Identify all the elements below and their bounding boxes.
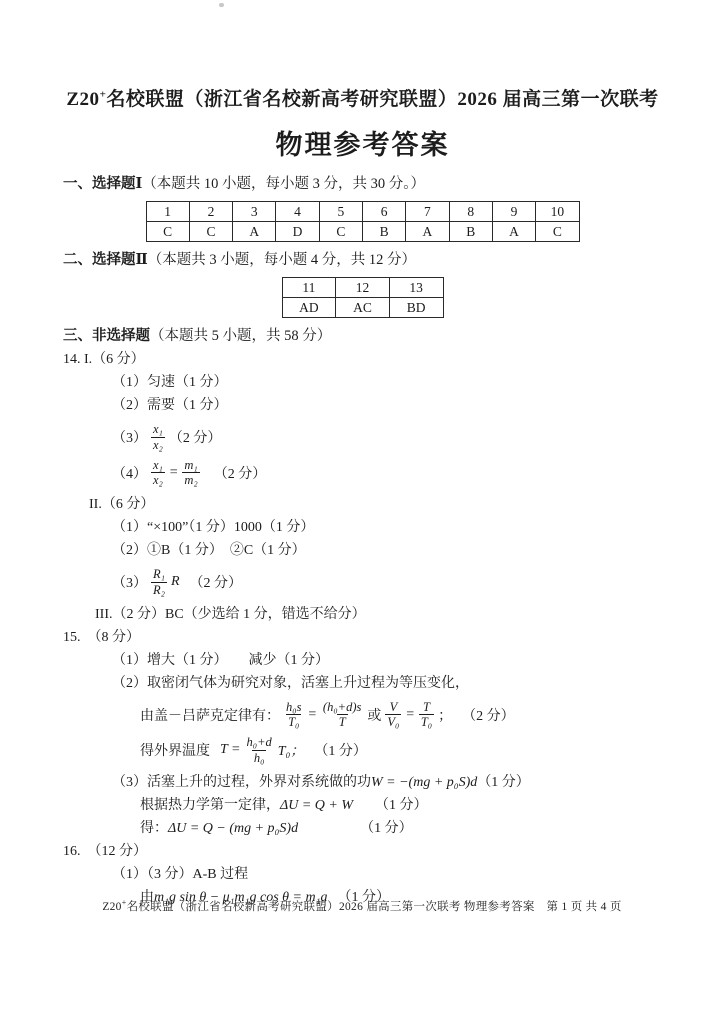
choice1-answer-table: 12345678910 CCADCBABAC [146,201,580,242]
q15-item2: （2）取密闭气体为研究对象，活塞上升过程为等压变化， [63,672,662,695]
fraction-numerator: h₀+d [244,735,273,750]
question-number-cell: 3 [233,202,276,222]
question-number-cell: 2 [189,202,232,222]
resistance-variable: R [171,574,180,590]
answer-cell: C [146,222,189,242]
answer-cell: B [449,222,492,242]
doc-subtitle: 物理参考答案 [63,123,662,162]
fraction-denominator: x₂ [151,437,165,453]
temp-math-pre: T = [220,742,240,758]
q15-heading: 15. （8 分） [63,626,662,649]
q15-item3-text: （3）活塞上升的过程，外界对系统做的功 [112,775,371,790]
section1-heading-bold: 一、选择题Ⅰ [63,176,142,192]
fraction: h₀sT₀ [284,700,303,731]
scan-artifact [219,3,224,7]
q15-temp-score: （1 分） [314,740,367,760]
q14-part2-item3-label: （3） [112,572,147,592]
q14-item1: （1）匀速（1 分） [63,371,662,394]
q15-temp-text: 得外界温度 [140,740,210,760]
footer-post: 名校联盟（浙江省名校新高考研究联盟）2026 届高三第一次联考 物理参考答案 第… [127,901,622,913]
fraction: x₁x₂ [151,458,165,489]
or-text: 或 [367,705,381,725]
question-number-cell: 12 [336,278,390,298]
fraction-denominator: T₀ [419,714,434,730]
fraction-numerator: x₁ [151,458,165,473]
q16-heading: 16. （12 分） [63,840,662,863]
fraction-numerator: h₀s [284,700,303,715]
question-number-cell: 8 [449,202,492,222]
doc-title: Z20+名校联盟（浙江省名校新高考研究联盟）2026 届高三第一次联考 [63,84,662,111]
question-number-cell: 13 [389,278,443,298]
q14-part2-item1: （1）“×100”（1 分）1000（1 分） [63,516,662,539]
answer-cell: C [319,222,362,242]
q14-part2-heading: II.（6 分） [63,493,662,516]
q14-part3: III.（2 分）BC（少选给 1 分，错选不给分） [63,603,662,626]
delta-u-formula: ΔU = Q − (mg + p₀S)d [168,821,298,836]
q15-item3-score: （1 分） [477,775,530,790]
answer-cell: AD [282,298,336,318]
fraction-numerator: V [388,700,400,715]
question-number-cell: 11 [282,278,336,298]
fraction: (h₀+d)sT [321,700,363,731]
q14-part2-item2: （2）①B（1 分） ②C（1 分） [63,539,662,562]
page-footer: Z20+名校联盟（浙江省名校新高考研究联盟）2026 届高三第一次联考 物理参考… [0,898,724,914]
fraction-numerator: x₁ [151,422,165,437]
question-number-cell: 9 [492,202,535,222]
q14-item4-label: （4） [112,463,147,483]
question-number-cell: 6 [362,202,405,222]
fraction-denominator: x₂ [151,472,165,488]
q15-law-score: （2 分） [462,705,515,725]
equals-sign: = [405,707,414,723]
section2-heading-rest: （本题共 3 小题，每小题 4 分，共 12 分） [148,252,416,268]
section1-heading-rest: （本题共 10 小题，每小题 3 分，共 30 分。） [142,176,425,192]
q15-item3b-score: （1 分） [375,798,428,813]
semicolon: ； [438,705,452,725]
choice2-answer-table: 111213 ADACBD [282,277,444,318]
q14-item4-score: （2 分） [214,463,267,483]
fraction-denominator: R₂ [151,582,167,598]
fraction-denominator: m₂ [182,472,199,488]
page-content: Z20+名校联盟（浙江省名校新高考研究联盟）2026 届高三第一次联考 物理参考… [0,0,724,909]
q15-item1: （1）增大（1 分） 减少（1 分） [63,649,662,672]
fraction-numerator: m₁ [182,458,199,473]
q14-part2-item3: （3） R₁R₂ R （2 分） [63,567,662,598]
answer-cell: B [362,222,405,242]
question-number-cell: 4 [276,202,319,222]
section3-heading-rest: （本题共 5 小题，共 58 分） [150,328,331,344]
question-number-cell: 10 [536,202,579,222]
answer-cell: C [536,222,579,242]
q15-item3b: 根据热力学第一定律，ΔU = Q + W（1 分） [63,794,662,817]
q16-item1: （1）（3 分）A-B 过程 [63,863,662,886]
section2-heading: 二、选择题Ⅱ（本题共 3 小题，每小题 4 分，共 12 分） [63,248,662,272]
fraction: R₁R₂ [151,567,167,598]
section2-heading-bold: 二、选择题Ⅱ [63,252,148,268]
q14-heading: 14. I.（6 分） [63,348,662,371]
q14-item4: （4） x₁x₂ = m₁m₂ （2 分） [63,458,662,489]
fraction-numerator: T [421,700,432,715]
first-law-formula: ΔU = Q + W [280,798,353,813]
fraction-denominator: T [337,714,348,730]
question-numbers-row: 111213 [282,278,443,298]
work-formula: W = −(mg + p₀S)d [371,775,477,790]
q14-part2-item3-score: （2 分） [190,572,243,592]
fraction: TT₀ [419,700,434,731]
answer-cell: BD [389,298,443,318]
fraction: m₁m₂ [182,458,199,489]
q15-item3b-text: 根据热力学第一定律， [140,798,280,813]
q14-item3-score: （2 分） [169,427,222,447]
doc-title-pre: Z20 [66,89,99,110]
doc-title-post: 名校联盟（浙江省名校新高考研究联盟）2026 届高三第一次联考 [106,89,658,110]
answers-row: CCADCBABAC [146,222,579,242]
q15-item3c: 得：ΔU = Q − (mg + p₀S)d（1 分） [63,817,662,840]
fraction: h₀+dh₀ [244,735,273,766]
question-numbers-row: 12345678910 [146,202,579,222]
q15-item3c-score: （1 分） [360,821,413,836]
temp-math-post: T₀； [278,740,305,760]
fraction: x₁x₂ [151,422,165,453]
section3-heading: 三、非选择题（本题共 5 小题，共 58 分） [63,324,662,348]
q14-item2: （2）需要（1 分） [63,394,662,417]
question-number-cell: 5 [319,202,362,222]
fraction-numerator: R₁ [151,567,167,582]
section3-heading-bold: 三、非选择题 [63,328,150,344]
q15-law-text: 由盖－吕萨克定律有： [140,705,280,725]
footer-pre: Z20 [102,901,121,913]
answer-cell: A [233,222,276,242]
q14-item3-label: （3） [112,427,147,447]
answer-cell: D [276,222,319,242]
equals-sign: = [307,707,316,723]
fraction-denominator: h₀ [252,750,267,766]
q15-gay-lussac-line: 由盖－吕萨克定律有： h₀sT₀ = (h₀+d)sT 或 VV₀ = TT₀ … [63,700,662,731]
answer-cell: C [189,222,232,242]
q15-item3c-text: 得： [140,821,168,836]
q15-temperature-line: 得外界温度 T = h₀+dh₀ T₀； （1 分） [63,735,662,766]
answer-cell: A [492,222,535,242]
fraction-denominator: T₀ [286,714,301,730]
question-number-cell: 7 [406,202,449,222]
answer-cell: AC [336,298,390,318]
question-number-cell: 1 [146,202,189,222]
fraction-numerator: (h₀+d)s [321,700,363,715]
fraction-denominator: V₀ [385,714,401,730]
equals-sign: = [169,465,178,481]
answers-row: ADACBD [282,298,443,318]
q14-item3: （3） x₁x₂ （2 分） [63,422,662,453]
fraction: VV₀ [385,700,401,731]
answer-cell: A [406,222,449,242]
answer-key-page: Z20+名校联盟（浙江省名校新高考研究联盟）2026 届高三第一次联考 物理参考… [0,0,724,1024]
q15-item3: （3）活塞上升的过程，外界对系统做的功W = −(mg + p₀S)d（1 分） [63,771,662,794]
section1-heading: 一、选择题Ⅰ（本题共 10 小题，每小题 3 分，共 30 分。） [63,172,662,196]
